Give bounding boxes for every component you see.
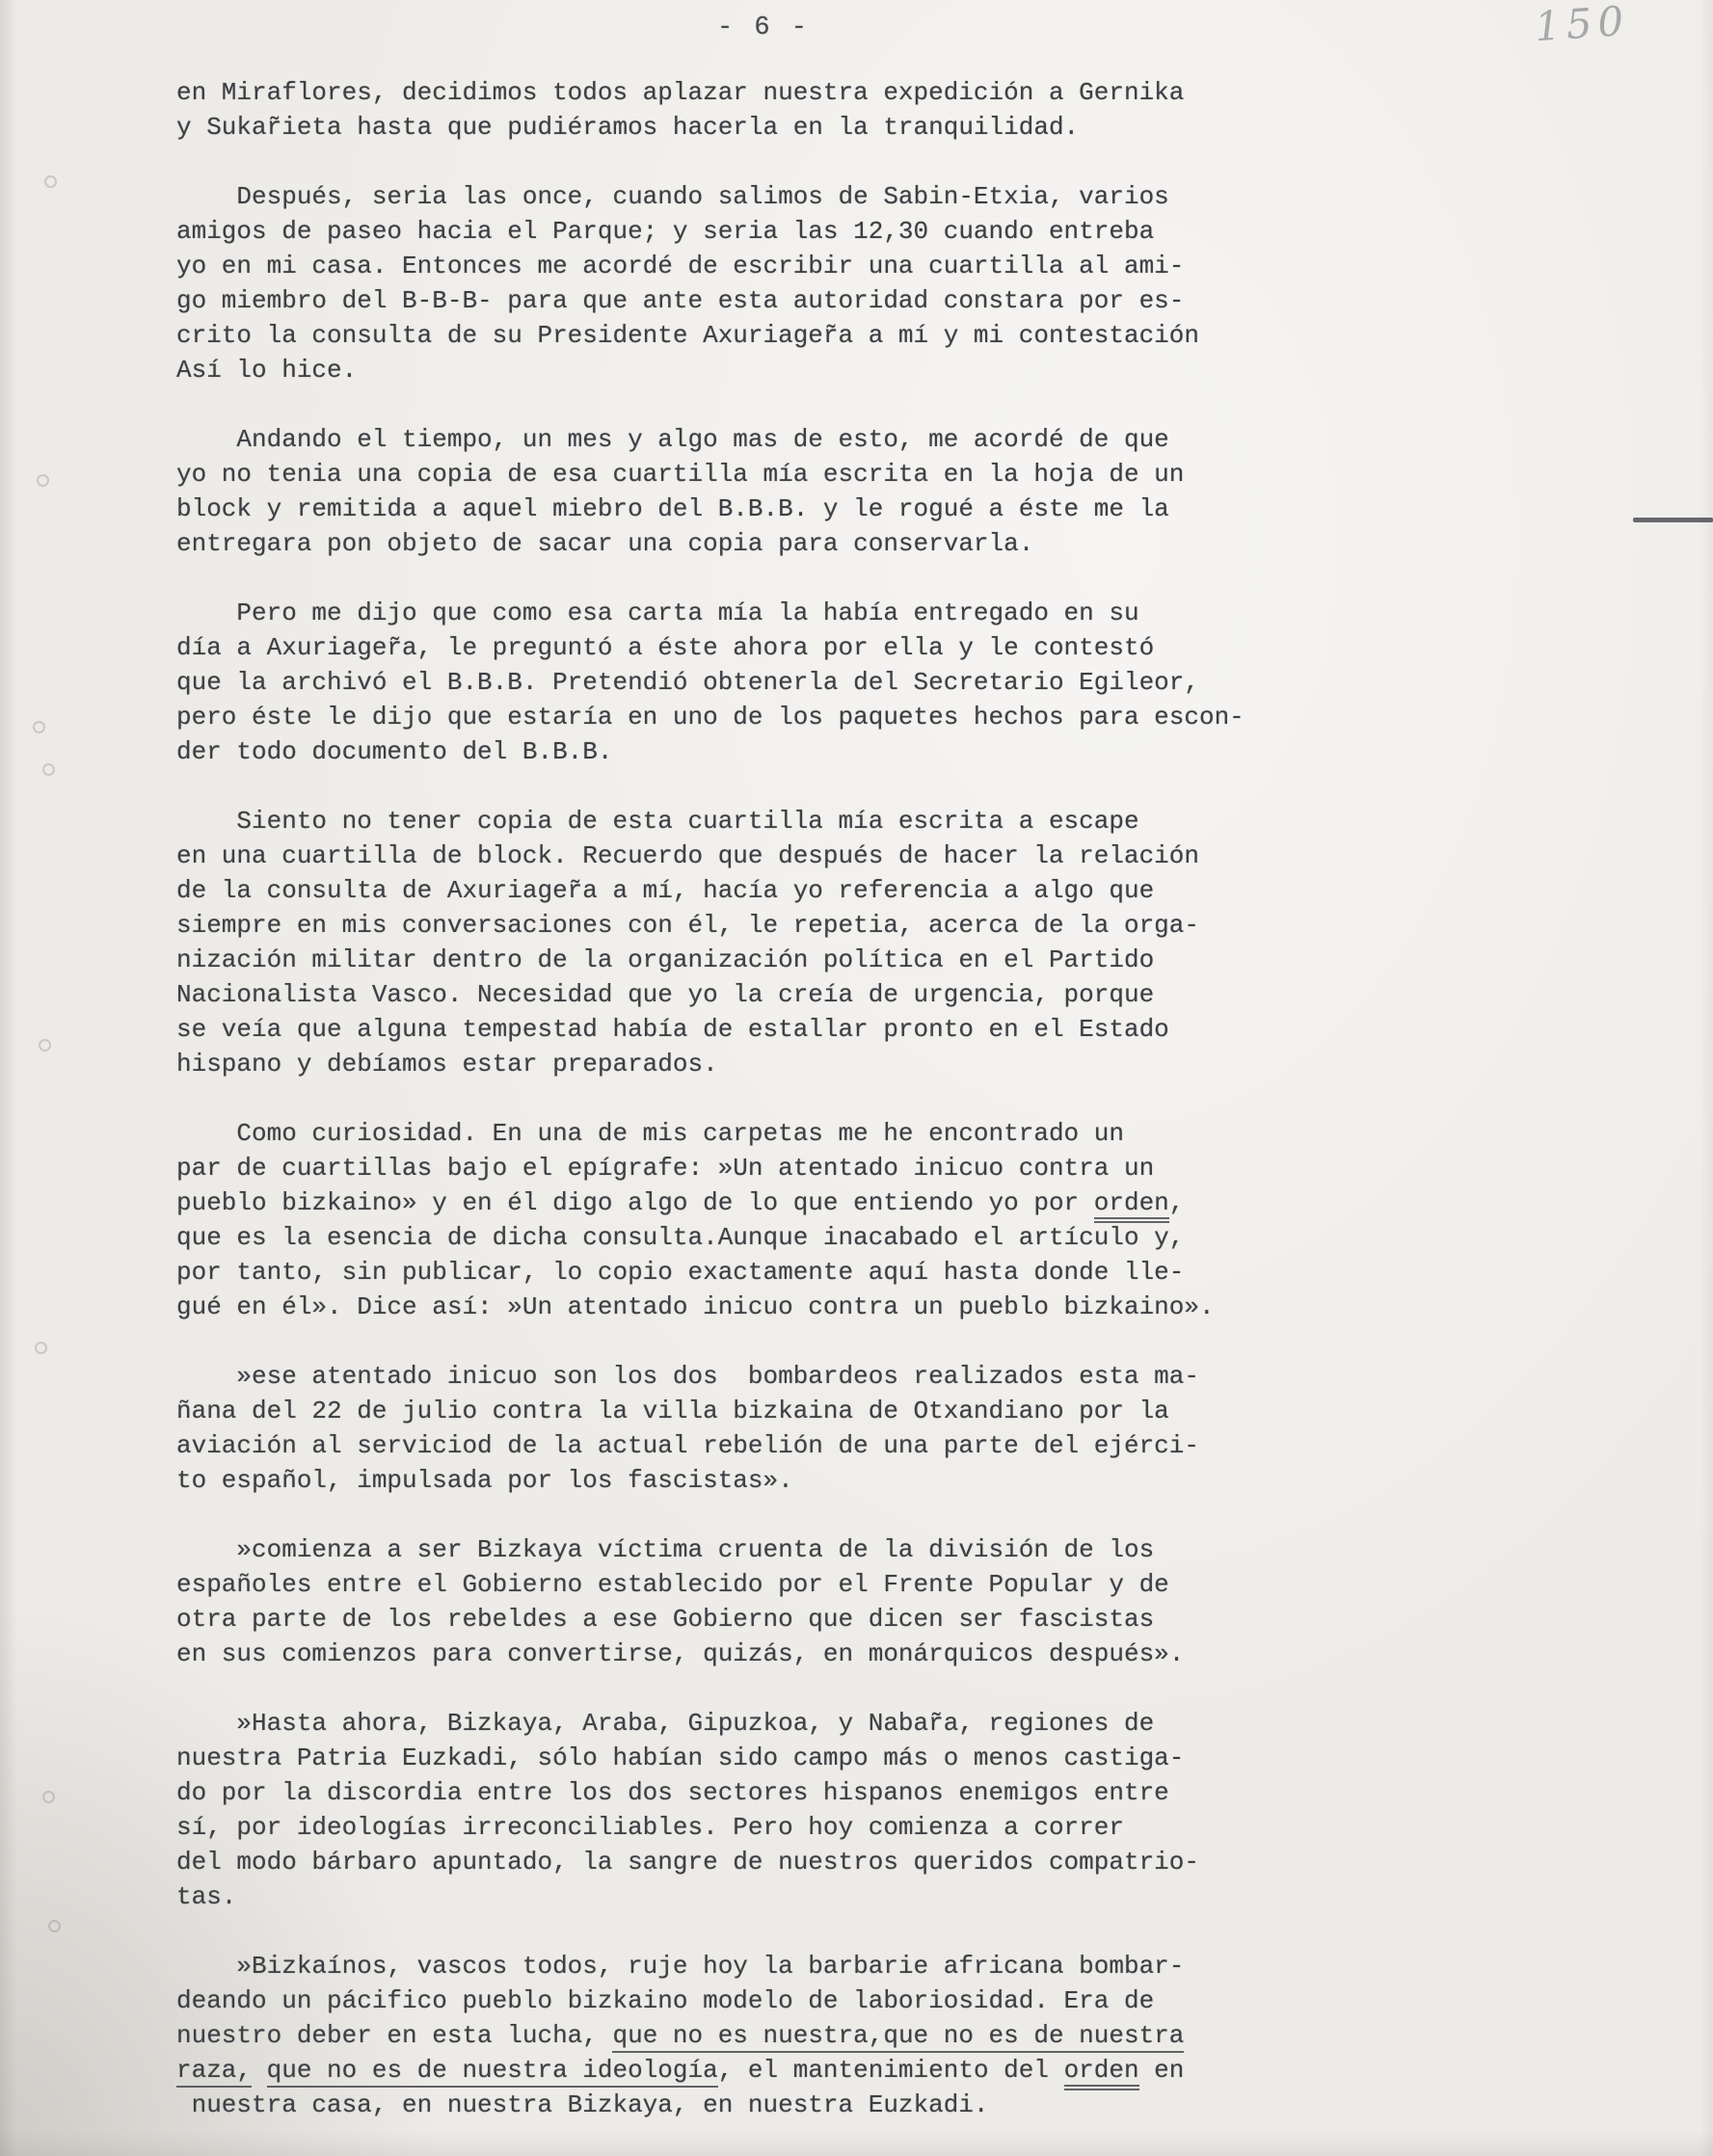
text-segment: Como curiosidad. En una de mis carpetas … bbox=[176, 1119, 1124, 1148]
text-line: día a Axuriager̃a, le preguntó a éste ah… bbox=[176, 630, 1256, 665]
text-segment: pero éste le dijo que estaría en uno de … bbox=[176, 703, 1245, 732]
paragraph: Pero me dijo que como esa carta mía la h… bbox=[176, 596, 1256, 769]
text-segment: se veía que alguna tempestad había de es… bbox=[176, 1015, 1169, 1044]
text-segment: Andando el tiempo, un mes y algo mas de … bbox=[176, 425, 1169, 454]
ink-smudge bbox=[1633, 518, 1713, 522]
paragraph: »ese atentado inicuo son los dos bombard… bbox=[176, 1359, 1256, 1498]
text-segment: por tanto, sin publicar, lo copio exacta… bbox=[176, 1258, 1184, 1287]
text-line: tas. bbox=[176, 1879, 1256, 1914]
text-line: pero éste le dijo que estaría en uno de … bbox=[176, 700, 1256, 734]
text-line: Después, seria las once, cuando salimos … bbox=[176, 179, 1256, 214]
underlined-text: que no es de nuestra bbox=[883, 2021, 1184, 2053]
text-segment: to español, impulsada por los fascistas»… bbox=[176, 1466, 793, 1495]
underlined-text: raza, bbox=[176, 2056, 252, 2088]
text-segment: del modo bárbaro apuntado, la sangre de … bbox=[176, 1848, 1199, 1877]
text-line: del modo bárbaro apuntado, la sangre de … bbox=[176, 1845, 1256, 1879]
text-line: Siento no tener copia de esta cuartilla … bbox=[176, 804, 1256, 838]
text-line: en sus comienzos para convertirse, quizá… bbox=[176, 1637, 1256, 1671]
document-body: en Miraflores, decidimos todos aplazar n… bbox=[176, 75, 1256, 2156]
text-line: sí, por ideologías irreconciliables. Per… bbox=[176, 1810, 1256, 1845]
text-segment bbox=[252, 2056, 267, 2085]
text-line: par de cuartillas bajo el epígrafe: »Un … bbox=[176, 1151, 1256, 1185]
text-line: en una cuartilla de block. Recuerdo que … bbox=[176, 838, 1256, 873]
text-line: ñana del 22 de julio contra la villa biz… bbox=[176, 1394, 1256, 1428]
text-line: que es la esencia de dicha consulta.Aunq… bbox=[176, 1220, 1256, 1255]
text-segment: en una cuartilla de block. Recuerdo que … bbox=[176, 841, 1199, 870]
text-line: Pero me dijo que como esa carta mía la h… bbox=[176, 596, 1256, 630]
paragraph: en Miraflores, decidimos todos aplazar n… bbox=[176, 75, 1256, 145]
text-segment: Después, seria las once, cuando salimos … bbox=[176, 182, 1169, 211]
text-line: nuestro deber en esta lucha, que no es n… bbox=[176, 2018, 1256, 2053]
paragraph: »comienza a ser Bizkaya víctima cruenta … bbox=[176, 1532, 1256, 1671]
text-segment: otra parte de los rebeldes a ese Gobiern… bbox=[176, 1605, 1154, 1634]
text-segment: Siento no tener copia de esta cuartilla … bbox=[176, 807, 1139, 836]
text-segment: nuestra Patria Euzkadi, sólo habían sido… bbox=[176, 1743, 1184, 1772]
text-segment: Así lo hice. bbox=[176, 356, 357, 385]
text-line: »Hasta ahora, Bizkaya, Araba, Gipuzkoa, … bbox=[176, 1706, 1256, 1741]
text-line: »comienza a ser Bizkaya víctima cruenta … bbox=[176, 1532, 1256, 1567]
paper-speck bbox=[42, 763, 55, 776]
text-segment: »Hasta ahora, Bizkaya, Araba, Gipuzkoa, … bbox=[176, 1709, 1154, 1738]
paper-speck bbox=[42, 1791, 55, 1803]
text-segment: gué en él». Dice así: »Un atentado inicu… bbox=[176, 1292, 1215, 1321]
underlined-text: que no es nuestra, bbox=[612, 2021, 883, 2053]
underlined-text: orden bbox=[1094, 1188, 1169, 1223]
text-line: entregara pon objeto de sacar una copia … bbox=[176, 526, 1256, 561]
text-line: Andando el tiempo, un mes y algo mas de … bbox=[176, 422, 1256, 457]
text-segment: sí, por ideologías irreconciliables. Per… bbox=[176, 1813, 1124, 1842]
text-segment: par de cuartillas bajo el epígrafe: »Un … bbox=[176, 1154, 1154, 1183]
text-line: raza, que no es de nuestra ideología, el… bbox=[176, 2053, 1256, 2088]
text-segment: aviación al serviciod de la actual rebel… bbox=[176, 1431, 1199, 1460]
text-segment: nuestra casa, en nuestra Bizkaya, en nue… bbox=[176, 2090, 989, 2119]
text-segment: »Bizkaínos, vascos todos, ruje hoy la ba… bbox=[176, 1952, 1184, 1981]
text-segment: que es la esencia de dicha consulta.Aunq… bbox=[176, 1223, 1184, 1252]
text-segment: día a Axuriager̃a, le preguntó a éste ah… bbox=[176, 633, 1154, 662]
paragraph: Siento no tener copia de esta cuartilla … bbox=[176, 804, 1256, 1081]
text-line: se veía que alguna tempestad había de es… bbox=[176, 1012, 1256, 1047]
text-line: aviación al serviciod de la actual rebel… bbox=[176, 1428, 1256, 1463]
text-line: españoles entre el Gobierno establecido … bbox=[176, 1567, 1256, 1602]
text-segment: pueblo bizkaino» y en él digo algo de lo… bbox=[176, 1188, 1094, 1217]
text-line: do por la discordia entre los dos sector… bbox=[176, 1775, 1256, 1810]
text-line: »Bizkaínos, vascos todos, ruje hoy la ba… bbox=[176, 1949, 1256, 1983]
text-line: Como curiosidad. En una de mis carpetas … bbox=[176, 1116, 1256, 1151]
paper-speck bbox=[33, 721, 45, 733]
text-line: crito la consulta de su Presidente Axuri… bbox=[176, 318, 1256, 353]
paper-speck bbox=[35, 1342, 47, 1354]
text-segment: block y remitida a aquel miebro del B.B.… bbox=[176, 494, 1169, 523]
paper-speck bbox=[39, 1039, 51, 1051]
text-line: deando un pácifico pueblo bizkaino model… bbox=[176, 1983, 1256, 2018]
text-line: der todo documento del B.B.B. bbox=[176, 734, 1256, 769]
text-segment: y Sukar̃ieta hasta que pudiéramos hacerl… bbox=[176, 113, 1079, 142]
text-line: nuestra casa, en nuestra Bizkaya, en nue… bbox=[176, 2088, 1256, 2122]
text-line: go miembro del B-B-B- para que ante esta… bbox=[176, 283, 1256, 318]
paper-speck bbox=[37, 474, 49, 487]
paragraph: Andando el tiempo, un mes y algo mas de … bbox=[176, 422, 1256, 561]
paper-speck bbox=[48, 1920, 61, 1932]
text-line: y Sukar̃ieta hasta que pudiéramos hacerl… bbox=[176, 110, 1256, 145]
text-segment: Pero me dijo que como esa carta mía la h… bbox=[176, 599, 1139, 627]
text-segment: »ese atentado inicuo son los dos bombard… bbox=[176, 1362, 1199, 1391]
text-segment: nización militar dentro de la organizaci… bbox=[176, 945, 1154, 974]
text-line: »ese atentado inicuo son los dos bombard… bbox=[176, 1359, 1256, 1394]
text-line: hispano y debíamos estar preparados. bbox=[176, 1047, 1256, 1081]
text-segment: , el mantenimiento del bbox=[718, 2056, 1064, 2085]
text-segment: yo en mi casa. Entonces me acordé de esc… bbox=[176, 252, 1184, 280]
paragraph: »Hasta ahora, Bizkaya, Araba, Gipuzkoa, … bbox=[176, 1706, 1256, 1914]
handwritten-folio-number: 150 bbox=[1533, 0, 1630, 50]
text-line: gué en él». Dice así: »Un atentado inicu… bbox=[176, 1290, 1256, 1324]
text-line: to español, impulsada por los fascistas»… bbox=[176, 1463, 1256, 1498]
text-segment: en bbox=[1139, 2056, 1185, 2085]
text-line: amigos de paseo hacia el Parque; y seria… bbox=[176, 214, 1256, 249]
text-segment: deando un pácifico pueblo bizkaino model… bbox=[176, 1986, 1154, 2015]
text-segment: siempre en mis conversaciones con él, le… bbox=[176, 911, 1199, 940]
text-segment: do por la discordia entre los dos sector… bbox=[176, 1778, 1169, 1807]
text-segment: »comienza a ser Bizkaya víctima cruenta … bbox=[176, 1535, 1154, 1564]
text-line: Así lo hice. bbox=[176, 353, 1256, 387]
text-segment: en Miraflores, decidimos todos aplazar n… bbox=[176, 78, 1184, 107]
text-line: yo no tenia una copia de esa cuartilla m… bbox=[176, 457, 1256, 492]
text-line: nización militar dentro de la organizaci… bbox=[176, 943, 1256, 977]
text-segment: que la archivó el B.B.B. Pretendió obten… bbox=[176, 668, 1199, 697]
paragraph: Como curiosidad. En una de mis carpetas … bbox=[176, 1116, 1256, 1324]
text-segment: ñana del 22 de julio contra la villa biz… bbox=[176, 1397, 1169, 1425]
paper-speck bbox=[44, 175, 57, 188]
text-segment: en sus comienzos para convertirse, quizá… bbox=[176, 1639, 1184, 1668]
text-segment: entregara pon objeto de sacar una copia … bbox=[176, 529, 1033, 558]
text-segment: go miembro del B-B-B- para que ante esta… bbox=[176, 286, 1184, 315]
paragraph: Después, seria las once, cuando salimos … bbox=[176, 179, 1256, 387]
text-line: nuestra Patria Euzkadi, sólo habían sido… bbox=[176, 1741, 1256, 1775]
text-line: por tanto, sin publicar, lo copio exacta… bbox=[176, 1255, 1256, 1290]
text-segment: Nacionalista Vasco. Necesidad que yo la … bbox=[176, 980, 1154, 1009]
text-segment: hispano y debíamos estar preparados. bbox=[176, 1050, 718, 1078]
text-line: otra parte de los rebeldes a ese Gobiern… bbox=[176, 1602, 1256, 1637]
page-number: - 6 - bbox=[717, 13, 810, 42]
text-segment: de la consulta de Axuriager̃a a mí, hací… bbox=[176, 876, 1154, 905]
text-line: Nacionalista Vasco. Necesidad que yo la … bbox=[176, 977, 1256, 1012]
underlined-text: que no es de nuestra ideología bbox=[267, 2056, 718, 2088]
text-line: de la consulta de Axuriager̃a a mí, hací… bbox=[176, 873, 1256, 908]
text-line: en Miraflores, decidimos todos aplazar n… bbox=[176, 75, 1256, 110]
text-line: siempre en mis conversaciones con él, le… bbox=[176, 908, 1256, 943]
text-segment: der todo documento del B.B.B. bbox=[176, 737, 612, 766]
paragraph: »Bizkaínos, vascos todos, ruje hoy la ba… bbox=[176, 1949, 1256, 2122]
text-segment: , bbox=[1169, 1188, 1185, 1217]
text-segment: nuestro deber en esta lucha, bbox=[176, 2021, 612, 2050]
text-segment: yo no tenia una copia de esa cuartilla m… bbox=[176, 460, 1184, 489]
underlined-text: orden bbox=[1064, 2056, 1139, 2090]
text-line: pueblo bizkaino» y en él digo algo de lo… bbox=[176, 1185, 1256, 1220]
text-segment: españoles entre el Gobierno establecido … bbox=[176, 1570, 1169, 1599]
text-line: block y remitida a aquel miebro del B.B.… bbox=[176, 492, 1256, 526]
text-segment: tas. bbox=[176, 1882, 236, 1911]
text-segment: crito la consulta de su Presidente Axuri… bbox=[176, 321, 1199, 350]
text-line: yo en mi casa. Entonces me acordé de esc… bbox=[176, 249, 1256, 283]
text-line: que la archivó el B.B.B. Pretendió obten… bbox=[176, 665, 1256, 700]
text-segment: amigos de paseo hacia el Parque; y seria… bbox=[176, 217, 1154, 246]
